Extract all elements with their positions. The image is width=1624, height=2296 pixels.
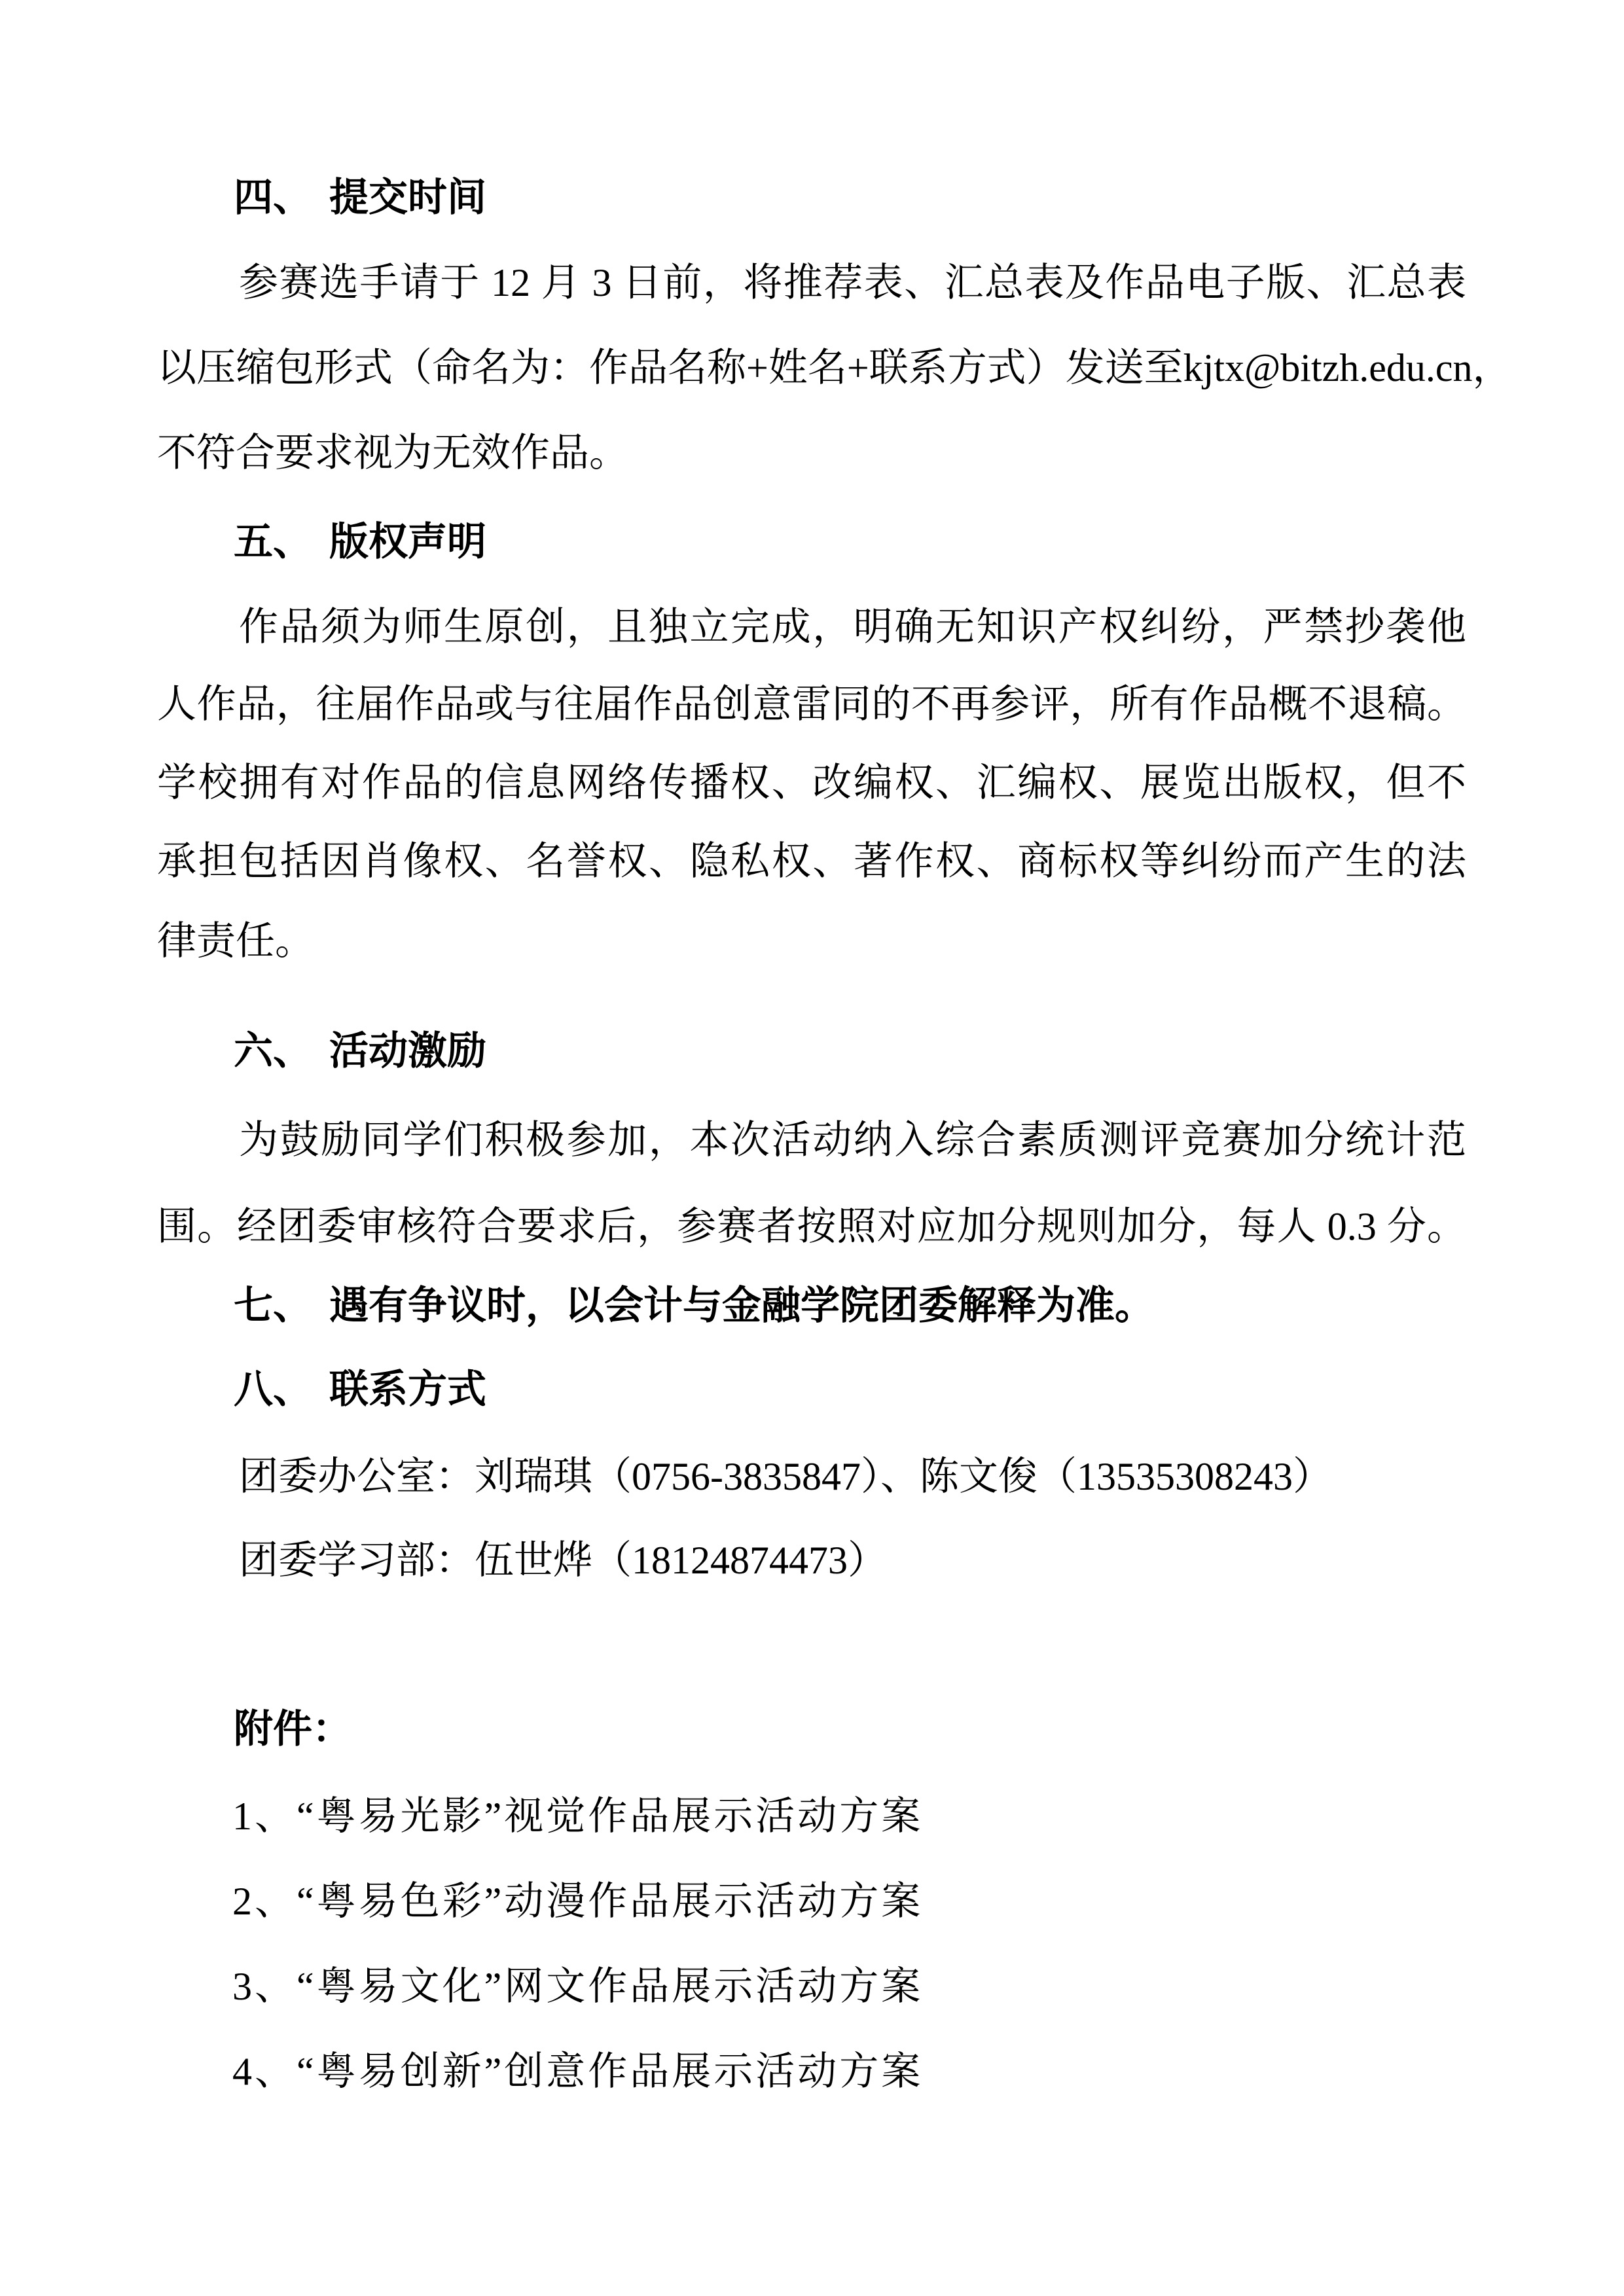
paragraph-line: 围。经团委审核符合要求后，参赛者按照对应加分规则加分，每人 0.3 分。 (157, 1200, 1466, 1253)
section-heading-contact: 八、联系方式 (234, 1363, 486, 1416)
section-title: 活动激励 (329, 1028, 486, 1074)
paragraph-line: 以压缩包形式（命名为：作品名称+姓名+联系方式）发送至kjtx@bitzh.ed… (157, 342, 1466, 394)
attachment-item: 2、“粤易色彩”动漫作品展示活动方案 (232, 1875, 923, 1928)
paragraph-line: 不符合要求视为无效作品。 (157, 427, 1466, 479)
section-number: 七、 (234, 1280, 329, 1332)
section-heading-submission-time: 四、提交时间 (234, 171, 486, 224)
paragraph-line: 学校拥有对作品的信息网络传播权、改编权、汇编权、展览出版权，但不 (157, 757, 1466, 809)
attachment-item: 3、“粤易文化”网文作品展示活动方案 (232, 1960, 923, 2013)
section-title: 联系方式 (329, 1367, 486, 1412)
section-title: 提交时间 (329, 175, 486, 221)
section-number: 六、 (234, 1025, 329, 1077)
section-number: 八、 (234, 1363, 329, 1416)
paragraph-line: 参赛选手请于 12 月 3 日前，将推荐表、汇总表及作品电子版、汇总表 (239, 257, 1466, 309)
paragraph-line: 律责任。 (157, 915, 1466, 967)
section-number: 四、 (234, 171, 329, 224)
section-title: 版权声明 (329, 519, 486, 565)
paragraph-line: 作品须为师生原创，且独立完成，明确无知识产权纠纷，严禁抄袭他 (239, 601, 1466, 653)
attachment-item: 4、“粤易创新”创意作品展示活动方案 (232, 2045, 923, 2098)
section-heading-copyright: 五、版权声明 (234, 516, 486, 568)
paragraph-line: 为鼓励同学们积极参加，本次活动纳入综合素质测评竞赛加分统计范 (239, 1114, 1466, 1166)
section-title: 遇有争议时，以会计与金融学院团委解释为准。 (329, 1283, 1154, 1329)
attachments-title: 附件： (234, 1703, 352, 1755)
contact-office: 团委办公室：刘瑞琪（0756-3835847）、陈文俊（13535308243） (239, 1450, 1332, 1503)
section-heading-dispute: 七、遇有争议时，以会计与金融学院团委解释为准。 (234, 1280, 1154, 1332)
section-number: 五、 (234, 516, 329, 568)
paragraph-line: 人作品，往届作品或与往届作品创意雷同的不再参评，所有作品概不退稿。 (157, 678, 1466, 730)
contact-study-dept: 团委学习部：伍世烨（18124874473） (239, 1534, 887, 1587)
paragraph-line: 承担包括因肖像权、名誉权、隐私权、著作权、商标权等纠纷而产生的法 (157, 835, 1466, 888)
document-page: 四、提交时间 参赛选手请于 12 月 3 日前，将推荐表、汇总表及作品电子版、汇… (0, 0, 1624, 2296)
attachment-item: 1、“粤易光影”视觉作品展示活动方案 (232, 1790, 923, 1842)
section-heading-incentive: 六、活动激励 (234, 1025, 486, 1077)
